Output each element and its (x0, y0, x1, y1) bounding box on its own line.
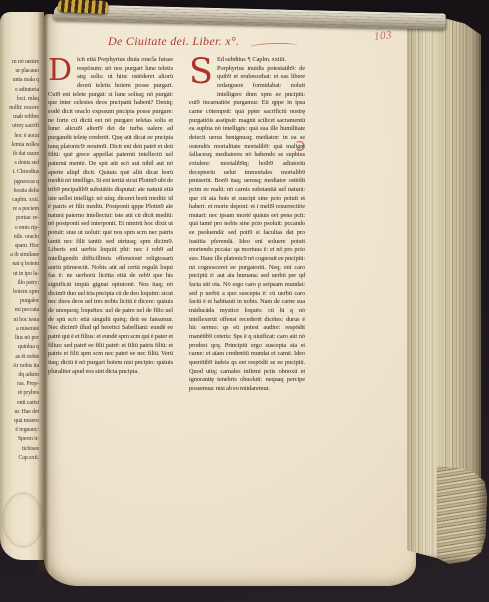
running-header: De Ciuitate dei. Liber. x°. (108, 34, 239, 49)
chapter-rubric: Caplm. xxiiii. (252, 56, 286, 63)
fragment-line: nat q boiem (0, 260, 39, 269)
fragment-line: Cap.xxii. (0, 454, 39, 463)
fragment-line: pgnoscas q (0, 178, 39, 187)
folio-number: 103 (373, 29, 392, 43)
text-column-left: Dicit etiā Porphyrius diuīa oracla fuiss… (48, 56, 173, 458)
fragment-line: ē regnauy: (0, 426, 39, 435)
fragment-line: mi peccata (0, 306, 39, 315)
manuscript-page: De Ciuitate dei. Liber. x°. 103 Dicit et… (44, 14, 416, 586)
previous-page-text-fragments: m nō uenireur placauounta mala qe adiuto… (0, 58, 40, 472)
fragment-line: boiem xpm (0, 288, 39, 297)
header-flourish (250, 42, 298, 50)
chapter-heading-line: Ed subditus¶Caplm. xxiiii. (217, 56, 305, 65)
fragment-line: nile. oraclo (0, 233, 39, 242)
fragment-line: ur placauo (0, 67, 39, 76)
fragment-line: quā misero (0, 417, 39, 426)
previous-page-edge: m nō uenireur placauounta mala qe adiuto… (0, 12, 44, 560)
fragment-line: ib dat usure (0, 150, 39, 159)
book-photo: m nō uenireur placauounta mala qe adiuto… (0, 0, 489, 602)
fragment-line: a miseraie (0, 325, 39, 334)
fragment-line: enti carist (0, 399, 39, 408)
chapter-opening-words: Ed subditus (217, 56, 246, 63)
fragment-line: lemta nolles (0, 141, 39, 150)
fragment-line: a ib similane (0, 251, 39, 260)
fragment-line: dq adsim (0, 371, 39, 380)
drop-cap-s: S (189, 57, 215, 99)
right-column-text: Porphyrius inuidis potestatib9: de quib9… (189, 65, 305, 394)
drop-cap-d: D (48, 57, 75, 90)
fragment-line: caplm. xxii. (0, 196, 39, 205)
fragment-line: ras. Prop- (0, 380, 39, 389)
fragment-line: as ēt nobis (0, 353, 39, 362)
fragment-line: illo pstry: (0, 279, 39, 288)
text-column-right: S Ed subditus¶Caplm. xxiiii. Porphyrius … (189, 56, 305, 456)
fragment-line: ut in ipo la- (0, 270, 39, 279)
fragment-line: portas: re- (0, 214, 39, 223)
margin-paragraph-mark-icon: Ɔ (296, 144, 305, 153)
fragment-line: utrey sacrifi (0, 122, 39, 131)
fragment-line: e adiutoria (0, 86, 39, 95)
fragment-line: t. Clmodius (0, 168, 39, 177)
fragment-line: hostia delis (0, 187, 39, 196)
fragment-line: mab relibre (0, 113, 39, 122)
headband (58, 0, 108, 14)
fragment-line: Sperm it- (0, 435, 39, 444)
left-column-text: icit etiā Porphyrius diuīa oracla fuisse… (48, 56, 173, 375)
fragment-line: hoc ē aorat (0, 132, 39, 141)
fragment-line: unta mala q (0, 76, 39, 85)
fragment-line: spam. Hoc (0, 242, 39, 251)
fragment-line: nollit: nocere (0, 104, 39, 113)
fragment-line: tichisee (0, 445, 39, 454)
fragment-line: ni hoc iesta (0, 316, 39, 325)
fragment-line: lius nō por (0, 334, 39, 343)
fragment-line: purgalor (0, 297, 39, 306)
corner-page-stack (437, 466, 487, 564)
fragment-line: re a pociem (0, 205, 39, 214)
fragment-line: quinlua q (0, 343, 39, 352)
fragment-line: Ar nobis ita (0, 362, 39, 371)
fragment-line: s donis sed (0, 159, 39, 168)
fragment-line: rē prylres (0, 389, 39, 398)
fragment-line: loci. mlsq (0, 95, 39, 104)
fragment-line: ur. Hae det (0, 408, 39, 417)
fragment-line: o emis rip- (0, 224, 39, 233)
pilcrow-icon: ¶ (248, 56, 251, 63)
fragment-line: m nō uenire (0, 58, 39, 67)
embossed-stamp (2, 492, 44, 548)
